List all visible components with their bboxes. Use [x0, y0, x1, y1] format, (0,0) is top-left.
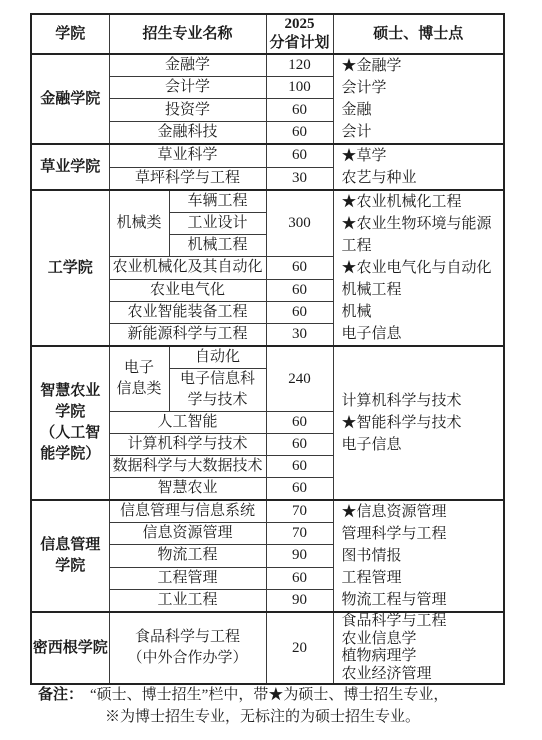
major-cell: 物流工程: [109, 545, 266, 567]
plan-cell: 60: [266, 121, 333, 144]
college-cell: 信息管理 学院: [31, 500, 109, 612]
major-group-cell: 电子 信息类: [109, 346, 169, 412]
college-cell: 金融学院: [31, 54, 109, 144]
college-cell: 智慧农业 学院 （人工智 能学院）: [31, 346, 109, 500]
major-group-cell: 机械类: [109, 190, 169, 257]
plan-cell: 60: [266, 279, 333, 301]
degrees-cell: ★农业机械化工程 ★农业生物环境与能源 工程 ★农业电气化与自动化 机械工程 机…: [333, 190, 504, 346]
plan-cell: 60: [266, 567, 333, 589]
degrees-cell: ★信息资源管理 管理科学与工程 图书情报 工程管理 物流工程与管理: [333, 500, 504, 612]
major-cell: 智慧农业: [109, 478, 266, 501]
major-cell: 农业智能装备工程: [109, 301, 266, 323]
footnote-text: “硕士、博士招生”栏中，带★为硕士、博士招生专业， ※为博士招生专业，无标注的为…: [90, 684, 448, 728]
major-cell: 数据科学与大数据技术: [109, 456, 266, 478]
plan-cell: 300: [266, 190, 333, 257]
plan-cell: 20: [266, 612, 333, 684]
plan-cell: 60: [266, 478, 333, 501]
submajor-cell: 自动化: [169, 346, 266, 369]
table-header-row: 学院 招生专业名称 2025 分省计划 硕士、博士点: [31, 14, 504, 54]
plan-cell: 70: [266, 500, 333, 523]
plan-cell: 60: [266, 99, 333, 121]
major-cell: 农业机械化及其自动化: [109, 257, 266, 279]
plan-cell: 30: [266, 167, 333, 190]
table-row: 密西根学院 食品科学与工程 （中外合作办学） 20 食品科学与工程 农业信息学 …: [31, 612, 504, 684]
plan-cell: 120: [266, 54, 333, 77]
plan-cell: 60: [266, 412, 333, 434]
major-cell: 会计学: [109, 77, 266, 99]
table-row: 信息管理 学院 信息管理与信息系统 70 ★信息资源管理 管理科学与工程 图书情…: [31, 500, 504, 523]
major-cell: 人工智能: [109, 412, 266, 434]
major-cell: 工业工程: [109, 589, 266, 612]
major-cell: 金融科技: [109, 121, 266, 144]
plan-cell: 90: [266, 589, 333, 612]
table-row: 金融学院 金融学 120 ★金融学 会计学 金融 会计: [31, 54, 504, 77]
plan-cell: 70: [266, 523, 333, 545]
degrees-cell: 计算机科学与技术 ★智能科学与技术 电子信息: [333, 346, 504, 500]
major-cell: 信息管理与信息系统: [109, 500, 266, 523]
header-college-cell: 学院: [31, 14, 109, 54]
plan-cell: 90: [266, 545, 333, 567]
plan-cell: 30: [266, 323, 333, 346]
enrollment-plan-table: 学院 招生专业名称 2025 分省计划 硕士、博士点 金融学院 金融学 120 …: [30, 13, 505, 685]
header-major-cell: 招生专业名称: [109, 14, 266, 54]
college-cell: 工学院: [31, 190, 109, 346]
submajor-cell: 电子信息科 学与技术: [169, 369, 266, 412]
major-cell: 计算机科学与技术: [109, 434, 266, 456]
footnote: 备注： “硕士、博士招生”栏中，带★为硕士、博士招生专业， ※为博士招生专业，无…: [38, 684, 524, 728]
submajor-cell: 车辆工程: [169, 190, 266, 213]
major-cell: 投资学: [109, 99, 266, 121]
major-cell: 工程管理: [109, 567, 266, 589]
plan-cell: 240: [266, 346, 333, 412]
major-cell: 农业电气化: [109, 279, 266, 301]
degrees-cell: ★草学 农艺与种业: [333, 144, 504, 190]
page: 学院 招生专业名称 2025 分省计划 硕士、博士点 金融学院 金融学 120 …: [0, 0, 542, 740]
table-row: 工学院 机械类 车辆工程 300 ★农业机械化工程 ★农业生物环境与能源 工程 …: [31, 190, 504, 213]
degrees-cell: ★金融学 会计学 金融 会计: [333, 54, 504, 144]
table-row: 智慧农业 学院 （人工智 能学院） 电子 信息类 自动化 240 计算机科学与技…: [31, 346, 504, 369]
major-cell: 金融学: [109, 54, 266, 77]
degrees-cell: 食品科学与工程 农业信息学 植物病理学 农业经济管理: [333, 612, 504, 684]
submajor-cell: 工业设计: [169, 213, 266, 235]
plan-cell: 60: [266, 456, 333, 478]
plan-cell: 60: [266, 257, 333, 279]
major-cell: 新能源科学与工程: [109, 323, 266, 346]
footnote-label: 备注：: [38, 684, 83, 728]
major-cell: 草坪科学与工程: [109, 167, 266, 190]
footnote-line2: ※为博士招生专业，无标注的为硕士招生专业。: [105, 706, 448, 728]
plan-cell: 100: [266, 77, 333, 99]
college-cell: 草业学院: [31, 144, 109, 190]
header-degree-cell: 硕士、博士点: [333, 14, 504, 54]
college-cell: 密西根学院: [31, 612, 109, 684]
plan-cell: 60: [266, 301, 333, 323]
plan-cell: 60: [266, 434, 333, 456]
header-plan-cell: 2025 分省计划: [266, 14, 333, 54]
submajor-cell: 机械工程: [169, 235, 266, 257]
major-cell: 草业科学: [109, 144, 266, 167]
major-cell: 食品科学与工程 （中外合作办学）: [109, 612, 266, 684]
footnote-line1: “硕士、博士招生”栏中，带★为硕士、博士招生专业，: [90, 684, 448, 706]
table-row: 草业学院 草业科学 60 ★草学 农艺与种业: [31, 144, 504, 167]
plan-cell: 60: [266, 144, 333, 167]
major-cell: 信息资源管理: [109, 523, 266, 545]
